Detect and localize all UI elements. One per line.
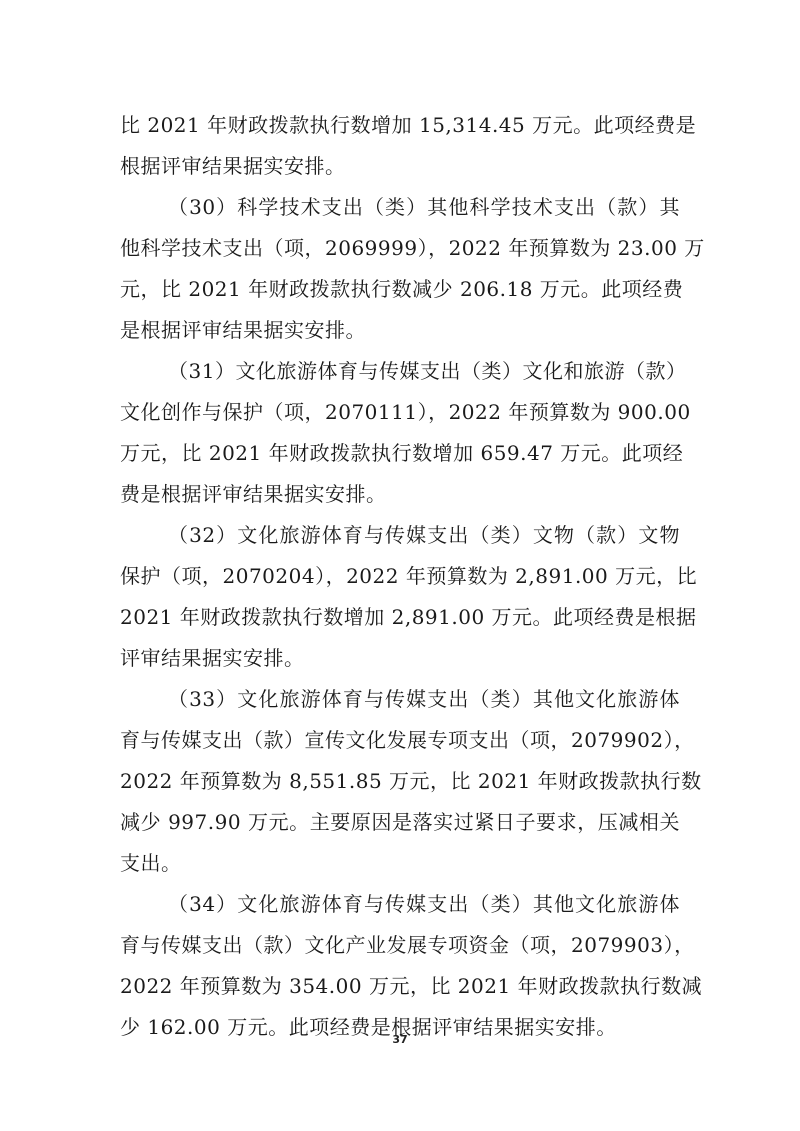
text-line: 费是根据评审结果据实安排。 (120, 474, 680, 515)
paragraph-30: （30）科学技术支出（类）其他科学技术支出（款）其 他科学技术支出（项，2069… (120, 187, 680, 351)
text-line: 是根据评审结果据实安排。 (120, 310, 680, 351)
paragraph-34: （34）文化旅游体育与传媒支出（类）其他文化旅游体 育与传媒支出（款）文化产业发… (120, 884, 680, 1048)
document-page: 比 2021 年财政拨款执行数增加 15,314.45 万元。此项经费是 根据评… (0, 0, 800, 1131)
text-line: 根据评审结果据实安排。 (120, 146, 680, 187)
text-line: 保护（项，2070204），2022 年预算数为 2,891.00 万元，比 (120, 556, 680, 597)
text-line: 育与传媒支出（款）宣传文化发展专项支出（项，2079902）， (120, 720, 680, 761)
text-line: 2022 年预算数为 8,551.85 万元，比 2021 年财政拨款执行数 (120, 761, 680, 802)
text-line: 支出。 (120, 843, 680, 884)
text-line: 他科学技术支出（项，2069999），2022 年预算数为 23.00 万 (120, 228, 680, 269)
text-line: 万元，比 2021 年财政拨款执行数增加 659.47 万元。此项经 (120, 433, 680, 474)
text-line: 2021 年财政拨款执行数增加 2,891.00 万元。此项经费是根据 (120, 597, 680, 638)
paragraph-33: （33）文化旅游体育与传媒支出（类）其他文化旅游体 育与传媒支出（款）宣传文化发… (120, 679, 680, 884)
text-line: 评审结果据实安排。 (120, 638, 680, 679)
text-line: （34）文化旅游体育与传媒支出（类）其他文化旅游体 (120, 884, 680, 925)
text-line: （32）文化旅游体育与传媒支出（类）文物（款）文物 (120, 515, 680, 556)
page-number: 37 (0, 1033, 800, 1046)
text-line: 2022 年预算数为 354.00 万元，比 2021 年财政拨款执行数减 (120, 966, 680, 1007)
text-line: （33）文化旅游体育与传媒支出（类）其他文化旅游体 (120, 679, 680, 720)
text-line: （30）科学技术支出（类）其他科学技术支出（款）其 (120, 187, 680, 228)
text-line: （31）文化旅游体育与传媒支出（类）文化和旅游（款） (120, 351, 680, 392)
body-text: 比 2021 年财政拨款执行数增加 15,314.45 万元。此项经费是 根据评… (120, 105, 680, 1048)
paragraph-32: （32）文化旅游体育与传媒支出（类）文物（款）文物 保护（项，2070204），… (120, 515, 680, 679)
text-line: 减少 997.90 万元。主要原因是落实过紧日子要求，压减相关 (120, 802, 680, 843)
text-line: 比 2021 年财政拨款执行数增加 15,314.45 万元。此项经费是 (120, 105, 680, 146)
paragraph-29-continuation: 比 2021 年财政拨款执行数增加 15,314.45 万元。此项经费是 根据评… (120, 105, 680, 187)
text-line: 元，比 2021 年财政拨款执行数减少 206.18 万元。此项经费 (120, 269, 680, 310)
text-line: 文化创作与保护（项，2070111），2022 年预算数为 900.00 (120, 392, 680, 433)
text-line: 育与传媒支出（款）文化产业发展专项资金（项，2079903）， (120, 925, 680, 966)
paragraph-31: （31）文化旅游体育与传媒支出（类）文化和旅游（款） 文化创作与保护（项，207… (120, 351, 680, 515)
